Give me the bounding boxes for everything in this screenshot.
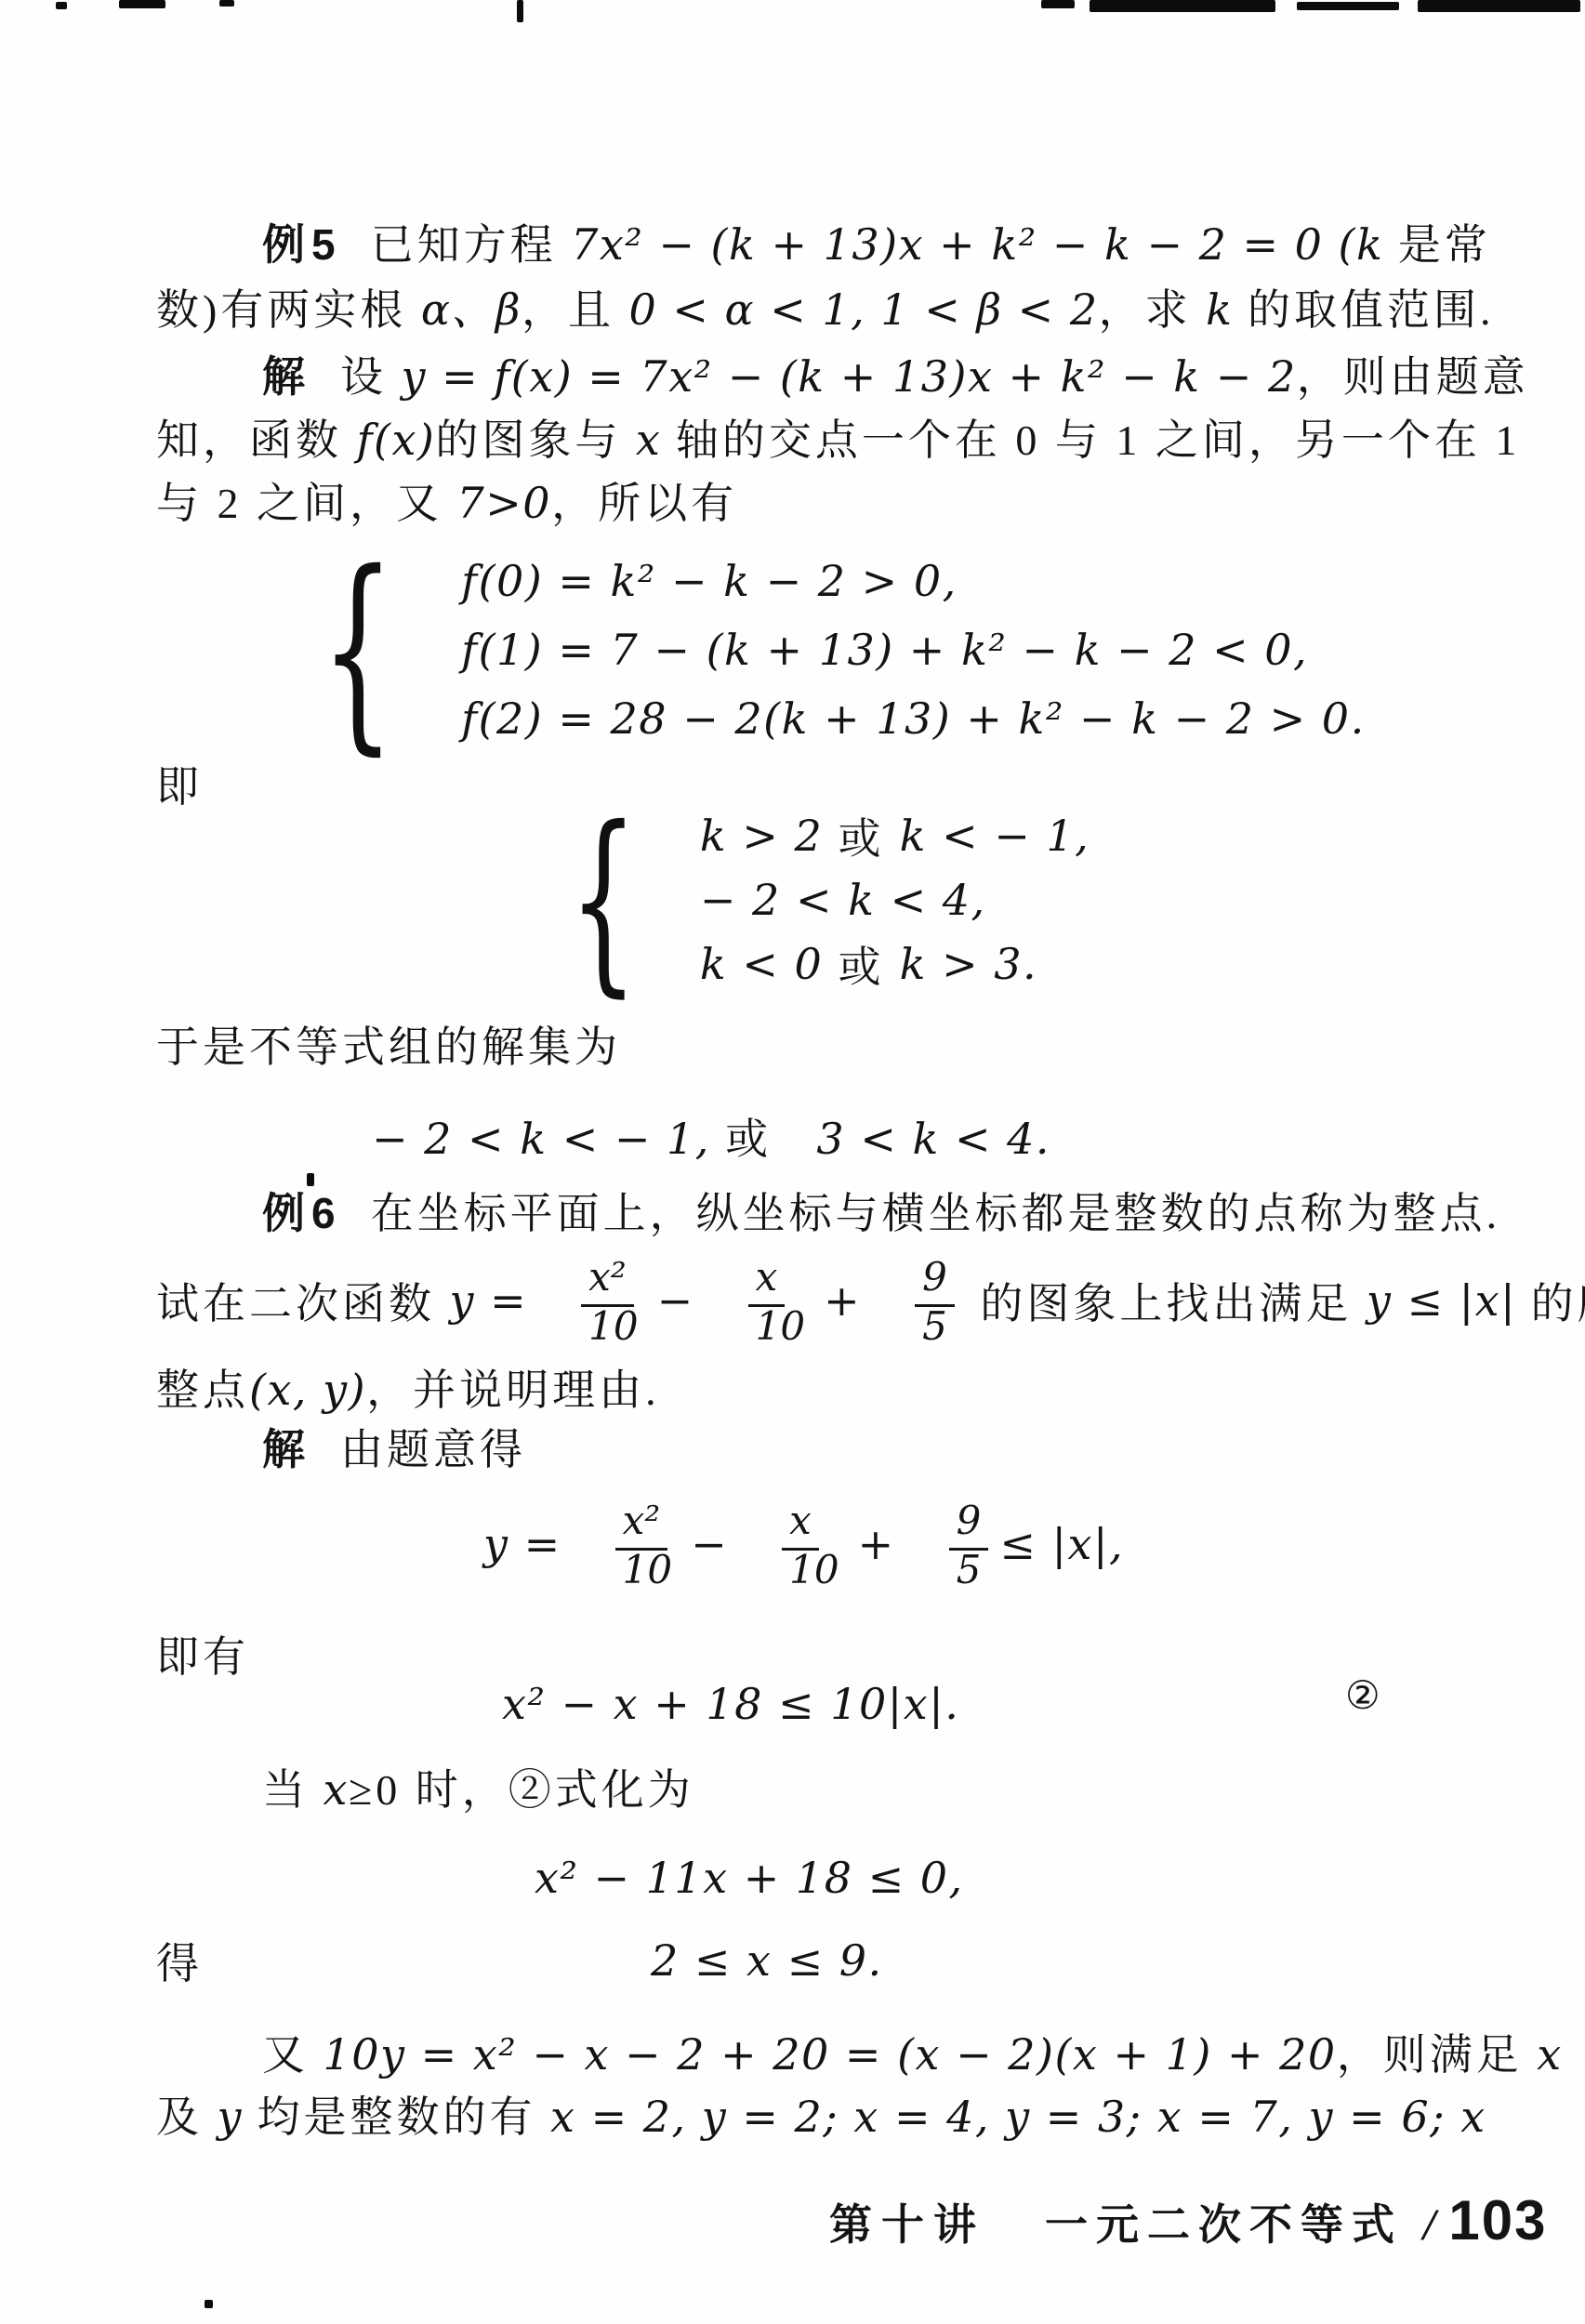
text-segment: 2 ≤ x ≤ 9. <box>651 1935 883 1986</box>
system1-row-2: f(1) = 7 − (k + 13) + k² − k − 2 < 0, <box>461 615 1366 684</box>
text-segment: x = 2, y = 2; x = 4, y = 3; x = 7, y = 6… <box>550 2092 1486 2142</box>
text-segment: 例5 <box>262 220 342 269</box>
text-segment: 或 <box>838 933 884 995</box>
ex5-conclusion-text: 于是不等式组的解集为 <box>156 1023 621 1073</box>
text-segment: 于是不等式组的解集为 <box>156 1023 621 1071</box>
text-segment: 7x² − (k + 13)x + k² − k − 2 = 0 (k <box>571 219 1383 270</box>
ex6-final-line-2: 及 y 均是整数的有 x = 2, y = 2; x = 4, y = 3; x… <box>156 2092 1486 2143</box>
ex5-inequality-system-2: { k > 2 或 k < − 1, − 2 < k < 4, k < 0 或 … <box>569 801 1090 998</box>
footer-page-number: 103 <box>1448 2189 1547 2251</box>
text-segment: 已知方程 <box>342 221 572 269</box>
text-segment: ，求 <box>1099 286 1207 334</box>
text-segment: ≥0 时，②式化为 <box>349 1766 694 1814</box>
fraction-denominator: 5 <box>915 1301 955 1349</box>
text-segment: ≤ |x|, <box>999 1519 1124 1569</box>
text-segment: y = <box>483 1519 561 1569</box>
fraction-denominator: 10 <box>782 1544 846 1592</box>
text-segment: k <box>1206 284 1233 335</box>
text-segment: 设 <box>311 353 402 401</box>
text-segment: 的图象上找出满足 <box>966 1270 1367 1331</box>
text-segment: y <box>218 2092 244 2142</box>
fraction: 9 5 <box>906 1446 989 1643</box>
text-segment: 的图象与 <box>435 416 636 464</box>
text-segment: y = f(x) = 7x² − (k + 13)x + k² − k − 2 <box>402 351 1297 402</box>
text-segment: 得 <box>156 1940 203 1987</box>
operator: + <box>824 1275 861 1326</box>
text-segment: 及 <box>156 2093 218 2141</box>
text-segment: ，且 <box>522 286 629 334</box>
ex5-solution-line-1: 解 设 y = f(x) = 7x² − (k + 13)x + k² − k … <box>262 351 1529 403</box>
text-segment: ，则由题意 <box>1297 353 1529 401</box>
text-segment: 当 <box>262 1766 324 1814</box>
text-segment: 或 <box>838 805 884 866</box>
left-brace: { <box>321 544 395 756</box>
text-segment: 又 <box>262 2031 324 2079</box>
ex6-problem-line-3: 整点(x, y)，并说明理由. <box>156 1365 660 1416</box>
scanned-textbook-page: { "page": { "background": "#fefefd", "te… <box>0 0 1585 2324</box>
scan-artifact <box>517 0 523 22</box>
footer-chapter-label: 第十讲 <box>829 2201 985 2249</box>
text-segment: 或 <box>725 1116 772 1163</box>
ex6-solution-label-line: 解 由题意得 <box>262 1424 526 1475</box>
text-segment: 由题意得 <box>311 1426 526 1473</box>
text-segment: y = <box>450 1275 528 1326</box>
scan-artifact <box>1297 2 1399 10</box>
operator: − <box>657 1275 694 1326</box>
text-segment: f(1) = 7 − (k + 13) + k² − k − 2 < 0, <box>461 625 1308 675</box>
text-segment: 轴的交点一个在 0 与 1 之间，另一个在 1 <box>661 416 1520 464</box>
text-segment: x <box>636 415 661 465</box>
text-segment: x² − 11x + 18 ≤ 0, <box>535 1853 964 1903</box>
text-segment: f(x) <box>357 415 436 465</box>
text-segment: ，则满足 <box>1337 2031 1538 2079</box>
text-segment: 的所有 <box>1516 1270 1585 1331</box>
ex6-problem-formula-line: 试在二次函数 y = x² 10 − x 10 + 9 5 的图象上找出满足 y… <box>156 1251 1585 1350</box>
operator: − <box>691 1519 728 1569</box>
text-segment: 与 2 之间，又 <box>156 480 457 527</box>
fraction-numerator: 9 <box>949 1498 989 1551</box>
scan-artifact <box>1090 0 1275 12</box>
text-segment: k > 3. <box>884 939 1037 989</box>
text-segment: f(2) = 28 − 2(k + 13) + k² − k − 2 > 0. <box>461 693 1366 744</box>
text-segment: 即有 <box>156 1633 249 1681</box>
fraction: x 10 <box>706 1202 812 1399</box>
scan-artifact <box>205 2300 213 2308</box>
ex6-equation-1: y = x² 10 − x 10 + 9 5 ≤ |x|, <box>483 1495 1124 1593</box>
system2-row-2: − 2 < k < 4, <box>700 868 1090 932</box>
text-segment: x² − x + 18 ≤ 10|x|. <box>502 1679 959 1729</box>
text-segment: 3 < k < 4. <box>772 1114 1050 1164</box>
system2-row-1: k > 2 或 k < − 1, <box>700 804 1090 868</box>
fraction-denominator: 10 <box>615 1544 680 1592</box>
page-footer: 第十讲一元二次不等式/103 <box>822 2172 1547 2252</box>
fraction-numerator: 9 <box>915 1254 955 1307</box>
text-segment: 例6 <box>262 1189 342 1237</box>
text-segment: 0 < α < 1, 1 < β < 2 <box>629 284 1099 335</box>
fraction: x 10 <box>739 1446 846 1643</box>
fraction: x² 10 <box>573 1446 680 1643</box>
text-segment: y ≤ |x| <box>1367 1275 1516 1326</box>
ex6-then-label: 即有 <box>156 1632 249 1683</box>
system1-row-1: f(0) = k² − k − 2 > 0, <box>461 547 1366 615</box>
text-segment: 整点 <box>156 1367 249 1414</box>
ex6-get-label: 得 <box>156 1939 203 1989</box>
text-segment: 解 <box>262 1425 311 1473</box>
left-brace: { <box>569 801 638 998</box>
ex5-result-formula: − 2 < k < − 1, 或 3 < k < 4. <box>372 1114 1050 1165</box>
ex5-problem-line-2: 数)有两实根 α、β，且 0 < α < 1, 1 < β < 2，求 k 的取… <box>156 284 1495 336</box>
scan-artifact <box>307 1173 314 1186</box>
scan-artifact <box>219 0 234 7</box>
operator: + <box>858 1519 895 1569</box>
equation-number-badge: ② <box>1345 1672 1380 1718</box>
ex6-equation-3: x² − 11x + 18 ≤ 0, <box>535 1853 964 1904</box>
text-segment: 是常 <box>1383 221 1491 269</box>
text-segment: ，并说明理由. <box>366 1367 660 1414</box>
text-segment: 解 <box>262 352 311 401</box>
ex5-inequality-system-1: { f(0) = k² − k − 2 > 0, f(1) = 7 − (k +… <box>321 544 1366 756</box>
fraction-denominator: 10 <box>748 1301 812 1349</box>
scan-artifact <box>119 0 165 8</box>
ex6-equation-4: 2 ≤ x ≤ 9. <box>651 1935 883 1987</box>
ex6-equation-2: x² − x + 18 ≤ 10|x|. <box>502 1679 959 1730</box>
text-segment: k > 2 <box>700 811 839 861</box>
text-segment: 10y = x² − x − 2 + 20 = (x − 2)(x + 1) +… <box>324 2029 1337 2080</box>
text-segment: f(0) = k² − k − 2 > 0, <box>461 556 958 606</box>
text-segment: 的取值范围. <box>1234 286 1495 334</box>
ex5-then-label: 即 <box>156 762 203 812</box>
system1-row-3: f(2) = 28 − 2(k + 13) + k² − k − 2 > 0. <box>461 684 1366 753</box>
fraction-numerator: x <box>782 1498 819 1551</box>
text-segment: − 2 < k < − 1, <box>372 1114 725 1164</box>
footer-chapter-title: 一元二次不等式 <box>1045 2201 1403 2249</box>
text-segment: − 2 < k < 4, <box>700 875 986 925</box>
text-segment: 即 <box>156 763 203 811</box>
ex5-solution-line-2: 知，函数 f(x)的图象与 x 轴的交点一个在 0 与 1 之间，另一个在 1 <box>156 415 1520 466</box>
text-segment: x <box>324 1764 349 1815</box>
scan-artifact <box>1041 0 1075 8</box>
fraction-denominator: 5 <box>949 1544 989 1592</box>
text-segment: x <box>1537 2029 1562 2080</box>
fraction-numerator: x <box>748 1254 786 1307</box>
text-segment: 数)有两实根 <box>156 286 421 334</box>
text-segment: ，所以有 <box>551 480 737 527</box>
fraction-numerator: x² <box>581 1254 634 1307</box>
fraction-denominator: 10 <box>581 1301 645 1349</box>
text-segment: k < 0 <box>700 939 839 989</box>
text-segment: 7>0 <box>457 478 552 528</box>
scan-artifact <box>1418 0 1580 12</box>
text-segment: 试在二次函数 <box>156 1270 450 1331</box>
fraction-numerator: x² <box>615 1498 668 1551</box>
ex5-problem-line-1: 例5 已知方程 7x² − (k + 13)x + k² − k − 2 = 0… <box>262 219 1491 271</box>
fraction: 9 5 <box>872 1202 955 1399</box>
scan-artifact <box>56 2 67 9</box>
text-segment: 均是整数的有 <box>243 2093 550 2141</box>
text-segment: 知，函数 <box>156 416 357 464</box>
text-segment: (x, y) <box>249 1365 366 1415</box>
footer-separator: / <box>1423 2200 1435 2250</box>
system2-row-3: k < 0 或 k > 3. <box>700 932 1090 997</box>
text-segment: k < − 1, <box>884 811 1090 861</box>
ex6-final-line-1: 又 10y = x² − x − 2 + 20 = (x − 2)(x + 1)… <box>262 2029 1563 2080</box>
ex5-solution-line-3: 与 2 之间，又 7>0，所以有 <box>156 478 737 529</box>
ex6-case-line: 当 x≥0 时，②式化为 <box>262 1764 694 1816</box>
text-segment: α、β <box>421 284 522 335</box>
